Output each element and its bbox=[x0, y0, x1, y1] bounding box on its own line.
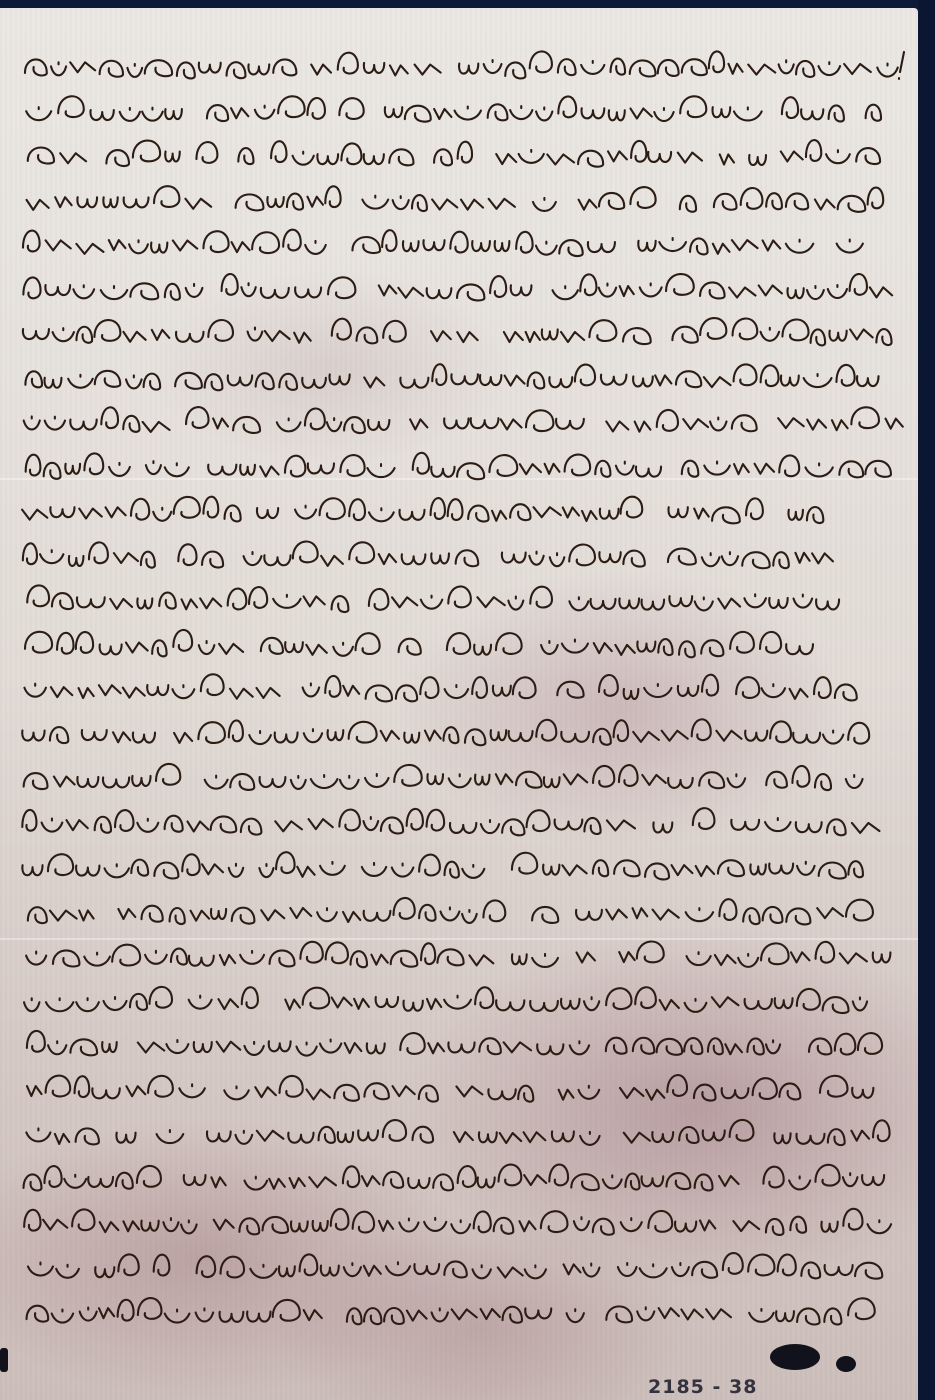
handwritten-line bbox=[18, 1248, 908, 1293]
handwriting-strokes bbox=[18, 983, 908, 1023]
handwriting-strokes bbox=[18, 360, 908, 400]
ink-blot bbox=[0, 1348, 8, 1372]
handwriting-strokes bbox=[18, 671, 908, 711]
handwritten-line bbox=[18, 580, 908, 625]
handwriting-strokes bbox=[18, 137, 908, 177]
manuscript-page bbox=[0, 8, 918, 1400]
handwriting-strokes bbox=[18, 1205, 908, 1245]
handwriting-strokes bbox=[18, 938, 908, 978]
handwriting-strokes bbox=[18, 849, 908, 889]
handwritten-line bbox=[18, 91, 908, 136]
handwritten-line bbox=[18, 1292, 908, 1337]
catalog-number: 2185 - 38 bbox=[648, 1376, 757, 1398]
handwritten-line bbox=[18, 269, 908, 314]
handwritten-line bbox=[18, 981, 908, 1026]
handwriting-strokes bbox=[18, 48, 908, 88]
handwritten-line bbox=[18, 758, 908, 803]
handwritten-line bbox=[18, 135, 908, 180]
handwritten-line bbox=[18, 847, 908, 892]
handwritten-line bbox=[18, 1025, 908, 1070]
handwriting-strokes bbox=[18, 182, 908, 222]
ink-blot bbox=[836, 1356, 856, 1372]
handwritten-line bbox=[18, 358, 908, 403]
handwriting-strokes bbox=[18, 93, 908, 133]
handwriting-strokes bbox=[18, 404, 908, 444]
handwriting-strokes bbox=[18, 271, 908, 311]
handwriting-strokes bbox=[18, 315, 908, 355]
handwritten-line bbox=[18, 892, 908, 937]
handwriting-strokes bbox=[18, 1072, 908, 1112]
handwriting-strokes bbox=[18, 1116, 908, 1156]
handwriting-strokes bbox=[18, 760, 908, 800]
handwritten-line bbox=[18, 402, 908, 447]
handwritten-line bbox=[18, 669, 908, 714]
handwriting-strokes bbox=[18, 716, 908, 756]
handwritten-line bbox=[18, 936, 908, 981]
handwritten-line bbox=[18, 625, 908, 670]
handwriting-strokes bbox=[18, 1250, 908, 1290]
handwritten-line bbox=[18, 447, 908, 492]
handwritten-line bbox=[18, 224, 908, 269]
handwritten-line bbox=[18, 1070, 908, 1115]
handwriting-strokes bbox=[18, 1161, 908, 1201]
handwritten-line bbox=[18, 536, 908, 581]
handwriting-strokes bbox=[18, 1294, 908, 1334]
handwritten-line bbox=[18, 714, 908, 759]
handwritten-line bbox=[18, 313, 908, 358]
handwriting-strokes bbox=[18, 582, 908, 622]
handwriting-strokes bbox=[18, 1027, 908, 1067]
handwritten-line bbox=[18, 491, 908, 536]
handwriting-strokes bbox=[18, 226, 908, 266]
handwriting-strokes bbox=[18, 894, 908, 934]
handwriting-strokes bbox=[18, 493, 908, 533]
handwritten-line bbox=[18, 1159, 908, 1204]
handwritten-line bbox=[18, 180, 908, 225]
background-edge bbox=[918, 0, 935, 1400]
ink-blot bbox=[770, 1344, 820, 1370]
handwritten-line bbox=[18, 803, 908, 848]
handwriting-strokes bbox=[18, 538, 908, 578]
handwritten-text-block bbox=[18, 46, 908, 1337]
handwriting-strokes bbox=[18, 449, 908, 489]
handwriting-strokes bbox=[18, 805, 908, 845]
handwritten-line bbox=[18, 46, 908, 91]
handwritten-line bbox=[18, 1114, 908, 1159]
handwriting-strokes bbox=[18, 627, 908, 667]
handwritten-line bbox=[18, 1203, 908, 1248]
